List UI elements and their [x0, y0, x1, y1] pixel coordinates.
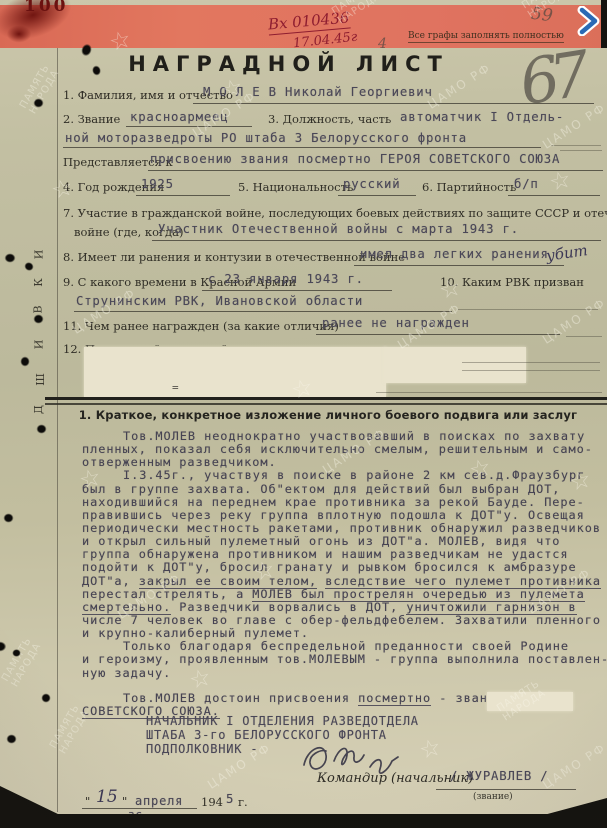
date-quote-close: ": [122, 794, 127, 808]
form-line: [148, 170, 603, 171]
ink-stain: [2, 22, 36, 46]
date-suffix: г.: [238, 795, 248, 809]
punch-hole: [5, 733, 18, 745]
redaction-box: [384, 347, 526, 383]
field-2-value: красноармеец: [130, 110, 228, 124]
field-6-value: б/п: [514, 177, 539, 191]
corner-number: 100: [24, 0, 69, 16]
form-line: [436, 789, 576, 790]
punch-hole: [32, 313, 45, 325]
form-line: [508, 195, 600, 196]
field-8-label: 8. Имеет ли ранения и контузии в отечест…: [63, 250, 405, 264]
redaction-box: [84, 347, 386, 397]
section-rule-thin: [45, 403, 607, 405]
field-1-value: М О Л Е В Николай Георгиевич: [203, 85, 433, 99]
feat-description: Тов.МОЛЕВ неоднократно участвовавший в п…: [82, 430, 606, 718]
form-line: [560, 150, 602, 151]
chevron-right-icon: [576, 6, 602, 36]
field-9-value: с 23 января 1943 г.: [208, 272, 364, 286]
punch-hole: [19, 355, 31, 368]
section-heading: 1. Краткое, конкретное изложение личного…: [57, 408, 599, 422]
form-line: [316, 334, 560, 335]
field-10-value: Струнинским РВК, Ивановской области: [76, 294, 363, 308]
rank-caption: (звание): [473, 792, 513, 802]
form-line: [354, 265, 564, 266]
scanned-award-sheet: 100 Вх 010436 17.04.45г 59 Все графы зап…: [0, 0, 607, 828]
field-6-label: 6. Партийность: [422, 180, 516, 194]
form-line: [566, 336, 602, 337]
field-11-label: 11. Чем ранее награжден (за какие отличи…: [63, 319, 339, 333]
margin-letter: Д: [32, 405, 45, 414]
punch-hole: [32, 97, 45, 109]
field-4-value: 1925: [141, 177, 174, 191]
field-2-label: 2. Звание: [63, 112, 120, 126]
field-7-label-line1: 7. Участие в гражданской войне, последую…: [63, 206, 607, 220]
form-line: [376, 392, 602, 393]
margin-rule: [57, 48, 58, 812]
form-line: [136, 195, 230, 196]
field-3-value-line1: автоматчик I Отдель-: [400, 110, 564, 124]
field-10-label: 10. Каким РВК призван: [440, 275, 584, 289]
form-line: [193, 103, 594, 104]
form-line: [338, 195, 416, 196]
field-3-value-line2: ной моторазведроты РО штаба 3 Белорусско…: [65, 131, 467, 145]
field-11-value: ранее не награжден: [322, 316, 470, 330]
margin-letter: И: [32, 250, 45, 260]
margin-letter: Ш: [34, 373, 47, 386]
scan-edge: [0, 814, 607, 828]
signatory-line3: ПОДПОЛКОВНИК -: [146, 742, 258, 756]
form-line: [458, 309, 598, 310]
form-line: [202, 290, 392, 291]
section-rule-thick: [45, 397, 607, 400]
pencil-mark-small: 4: [378, 36, 387, 52]
form-line: [126, 126, 252, 127]
field-8-value: имел два легких ранения: [360, 247, 549, 261]
punch-hole: [2, 512, 15, 524]
page-number-pencil: 59: [530, 4, 554, 26]
field-7-value: Участник Отечественной войны с марта 194…: [158, 222, 519, 236]
form-line: [152, 240, 601, 241]
punch-hole: [35, 423, 48, 435]
form-line: [74, 311, 452, 312]
punch-hole: [3, 252, 17, 264]
scan-edge: [601, 0, 607, 48]
date-month: апреля: [135, 794, 183, 808]
form-line: [63, 147, 541, 148]
margin-letter: К: [32, 278, 45, 287]
date-day-handwritten: 15: [96, 787, 118, 807]
feat-text-line: ную задачу.: [82, 667, 606, 680]
next-page-button[interactable]: [576, 6, 602, 36]
fill-instruction: Все графы заполнять полностью: [408, 31, 564, 43]
field-5-value: русский: [343, 177, 400, 191]
punch-hole: [40, 692, 52, 704]
field-3-label: 3. Должность, часть: [268, 112, 391, 126]
form-line: [462, 370, 600, 371]
punch-hole: [11, 648, 22, 658]
field-5-label: 5. Национальность: [238, 180, 353, 194]
signatory-line1: НАЧАЛЬНИК I ОТДЕЛЕНИЯ РАЗВЕДОТДЕЛА: [146, 714, 419, 728]
paper-patch: [487, 692, 573, 711]
margin-letter: И: [32, 340, 45, 350]
present-value: присвоению звания посмертно ГЕРОЯ СОВЕТС…: [150, 152, 560, 166]
form-line: [462, 362, 600, 363]
form-line: [551, 145, 601, 146]
date-year-printed: 194: [201, 795, 223, 809]
date-quote-open: ": [85, 794, 90, 808]
redaction-mark: =: [172, 381, 179, 394]
pencil-mark-large: 67: [515, 38, 587, 120]
feat-text-line: подойти к ДОТ"у, бросил гранату и рывком…: [82, 561, 606, 574]
date-year-digit: 5: [226, 792, 234, 806]
commander-name: / ЖУРАВЛЕВ /: [450, 769, 548, 783]
